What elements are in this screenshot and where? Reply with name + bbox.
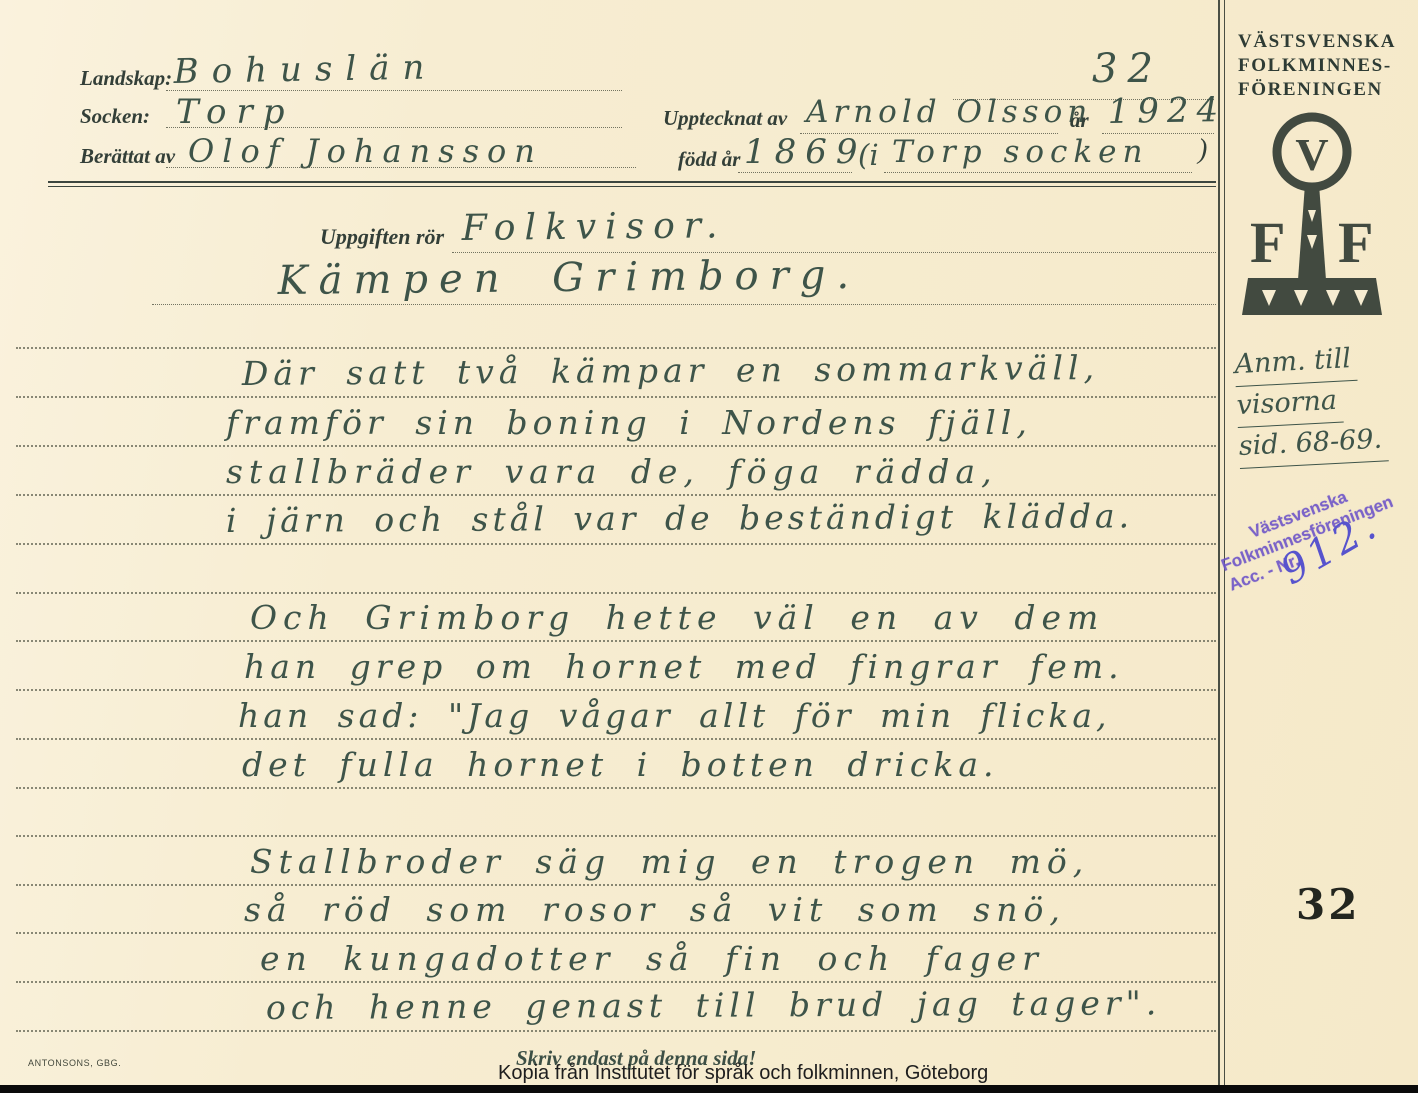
- document-page: Landskap: Bohuslän Socken: Torp Berättat…: [0, 0, 1418, 1093]
- born-place-value: Torp socken: [892, 134, 1148, 170]
- header-divider-top: [48, 181, 1216, 183]
- born-label: född år: [678, 147, 740, 172]
- born-place-ruled-line: [884, 172, 1192, 173]
- organization-line-1: VÄSTSVENSKA: [1238, 30, 1396, 54]
- poem-line: så röd som rosor så vit som snö,: [244, 890, 1066, 929]
- poem-line: Där satt två kämpar en sommarkväll,: [242, 348, 1099, 393]
- socken-label: Socken:: [80, 104, 150, 129]
- logo-letter-f-left: F: [1250, 210, 1285, 275]
- title-ruled-line: [152, 304, 1216, 305]
- ruled-line: [16, 396, 1216, 398]
- born-place-open: (i: [858, 138, 879, 172]
- socken-value: Torp: [176, 92, 295, 132]
- vff-thor-hammer-logo: V F F: [1242, 110, 1382, 320]
- year-label: år: [1070, 108, 1089, 133]
- poem-line: Och Grimborg hette väl en av dem: [250, 598, 1104, 637]
- scan-edge-bar: [0, 1085, 1418, 1093]
- margin-note-line-1: Anm. till: [1234, 340, 1358, 387]
- berattat-label: Berättat av: [80, 144, 175, 169]
- upptecknat-label: Upptecknat av: [663, 106, 787, 131]
- ruled-line: [16, 738, 1216, 740]
- born-place-close: ): [1198, 134, 1207, 166]
- ruled-line: [16, 640, 1216, 642]
- poem-line: han sad: "Jag vågar allt för min flicka,: [238, 696, 1111, 735]
- organization-line-2: FOLKMINNES-: [1238, 54, 1396, 78]
- landskap-label: Landskap:: [80, 66, 172, 91]
- item-number: 32: [1092, 46, 1163, 92]
- ruled-line: [16, 787, 1216, 789]
- printer-imprint: ANTONSONS, GBG.: [28, 1058, 121, 1068]
- subject-label: Uppgiften rör: [320, 224, 444, 250]
- organization-line-3: FÖRENINGEN: [1238, 78, 1396, 102]
- upptecknat-value: Arnold Olsson: [806, 94, 1092, 130]
- ruled-line: [16, 689, 1216, 691]
- poem-line: framför sin boning i Nordens fjäll,: [226, 403, 1032, 442]
- subject-value: Folkvisor.: [462, 205, 727, 249]
- ruled-line: [16, 592, 1216, 594]
- ruled-line: [16, 932, 1216, 934]
- ruled-line: [16, 494, 1216, 496]
- margin-note: Anm. till visorna sid. 68-69.: [1234, 338, 1390, 469]
- berattat-value: Olof Johansson: [188, 132, 543, 170]
- header-divider-bottom: [48, 186, 1216, 187]
- berattat-ruled-line: [166, 167, 636, 168]
- logo-letter-v: V: [1295, 129, 1328, 180]
- organization-name: VÄSTSVENSKA FOLKMINNES- FÖRENINGEN: [1238, 30, 1396, 102]
- ruled-line: [16, 543, 1216, 545]
- year-value: 1924: [1107, 90, 1226, 132]
- logo-letter-f-right: F: [1338, 210, 1373, 275]
- landskap-value: Bohuslän: [173, 47, 437, 92]
- poem-line: han grep om hornet med fingrar fem.: [244, 647, 1124, 686]
- landskap-ruled-line: [166, 90, 622, 91]
- poem-line: i järn och stål var de beständigt klädda…: [226, 496, 1133, 540]
- poem-line: stallbräder vara de, föga rädda,: [226, 452, 998, 491]
- poem-line: en kungadotter så fin och fager: [260, 939, 1044, 978]
- ruled-line: [16, 835, 1216, 837]
- ruled-line: [16, 981, 1216, 983]
- record-title: Kämpen Grimborg.: [278, 252, 861, 304]
- page-number: 32: [1296, 880, 1360, 929]
- ruled-line: [16, 1030, 1216, 1032]
- ruled-line: [16, 445, 1216, 447]
- poem-line: Stallbroder säg mig en trogen mö,: [250, 842, 1089, 881]
- born-ruled-line: [738, 172, 852, 173]
- margin-note-line-2: visorna: [1236, 382, 1344, 429]
- ruled-line: [16, 884, 1216, 886]
- margin-note-line-3: sid. 68-69.: [1238, 420, 1389, 469]
- socken-ruled-line: [166, 127, 622, 128]
- poem-line: det fulla hornet i botten dricka.: [242, 745, 999, 784]
- copy-notice: Kopia från Institutet för språk och folk…: [498, 1062, 988, 1085]
- poem-line: och henne genast till brud jag tager".: [266, 983, 1162, 1027]
- born-value: 1869: [744, 132, 867, 172]
- logo-hammer-handle: [1298, 184, 1326, 280]
